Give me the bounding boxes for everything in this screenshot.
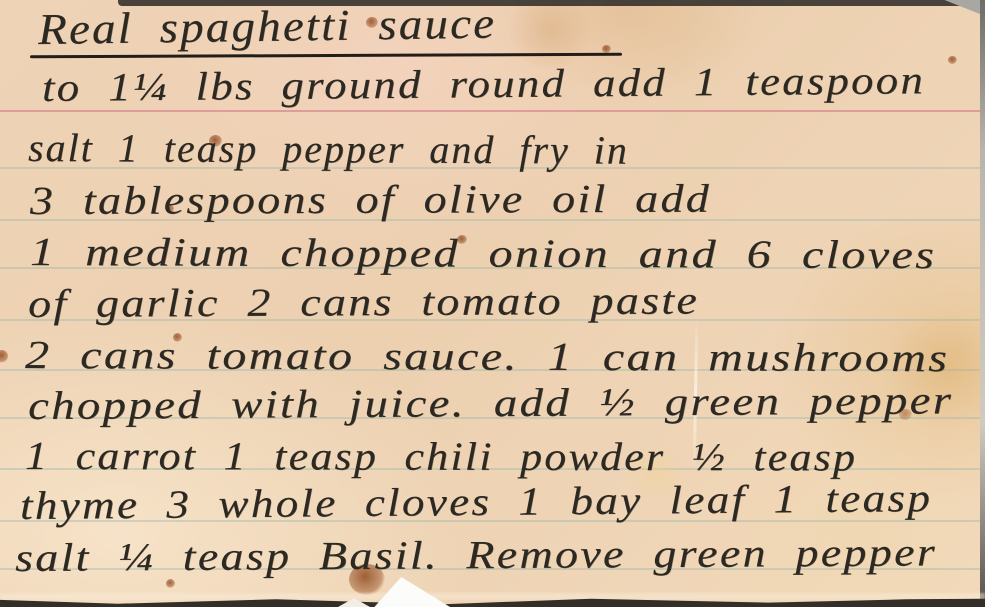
recipe-line: to 1¼ lbs ground round add 1 teaspoon <box>42 56 925 111</box>
recipe-line: salt 1 teasp pepper and fry in <box>28 124 629 174</box>
recipe-title: Real spaghetti sauce <box>38 0 497 55</box>
stain-spot <box>166 579 175 588</box>
recipe-line: chopped with juice. add ½ green pepper <box>28 376 954 429</box>
recipe-line: thyme 3 whole cloves 1 bay leaf 1 teasp <box>20 474 932 529</box>
recipe-line: 1 carrot 1 teasp chili powder ½ teasp <box>25 432 857 480</box>
card-right-edge <box>980 0 985 607</box>
recipe-line: 3 tablespoons of olive oil add <box>30 175 711 224</box>
card-top-edge <box>118 0 985 6</box>
recipe-line: 1 medium chopped onion and 6 cloves <box>30 228 936 278</box>
paper-tear <box>366 577 450 607</box>
ruled-line-pink <box>0 110 985 112</box>
recipe-card: Real spaghetti sauce to 1¼ lbs ground ro… <box>0 0 985 607</box>
card-bottom-worn-band <box>0 593 985 600</box>
stain-spot <box>948 56 957 64</box>
stain-spot <box>0 350 8 363</box>
recipe-line: of garlic 2 cans tomato paste <box>28 276 699 327</box>
recipe-line: salt ¼ teasp Basil. Remove green pepper <box>15 528 937 581</box>
recipe-line: 2 cans tomato sauce. 1 can mushrooms <box>25 331 949 381</box>
